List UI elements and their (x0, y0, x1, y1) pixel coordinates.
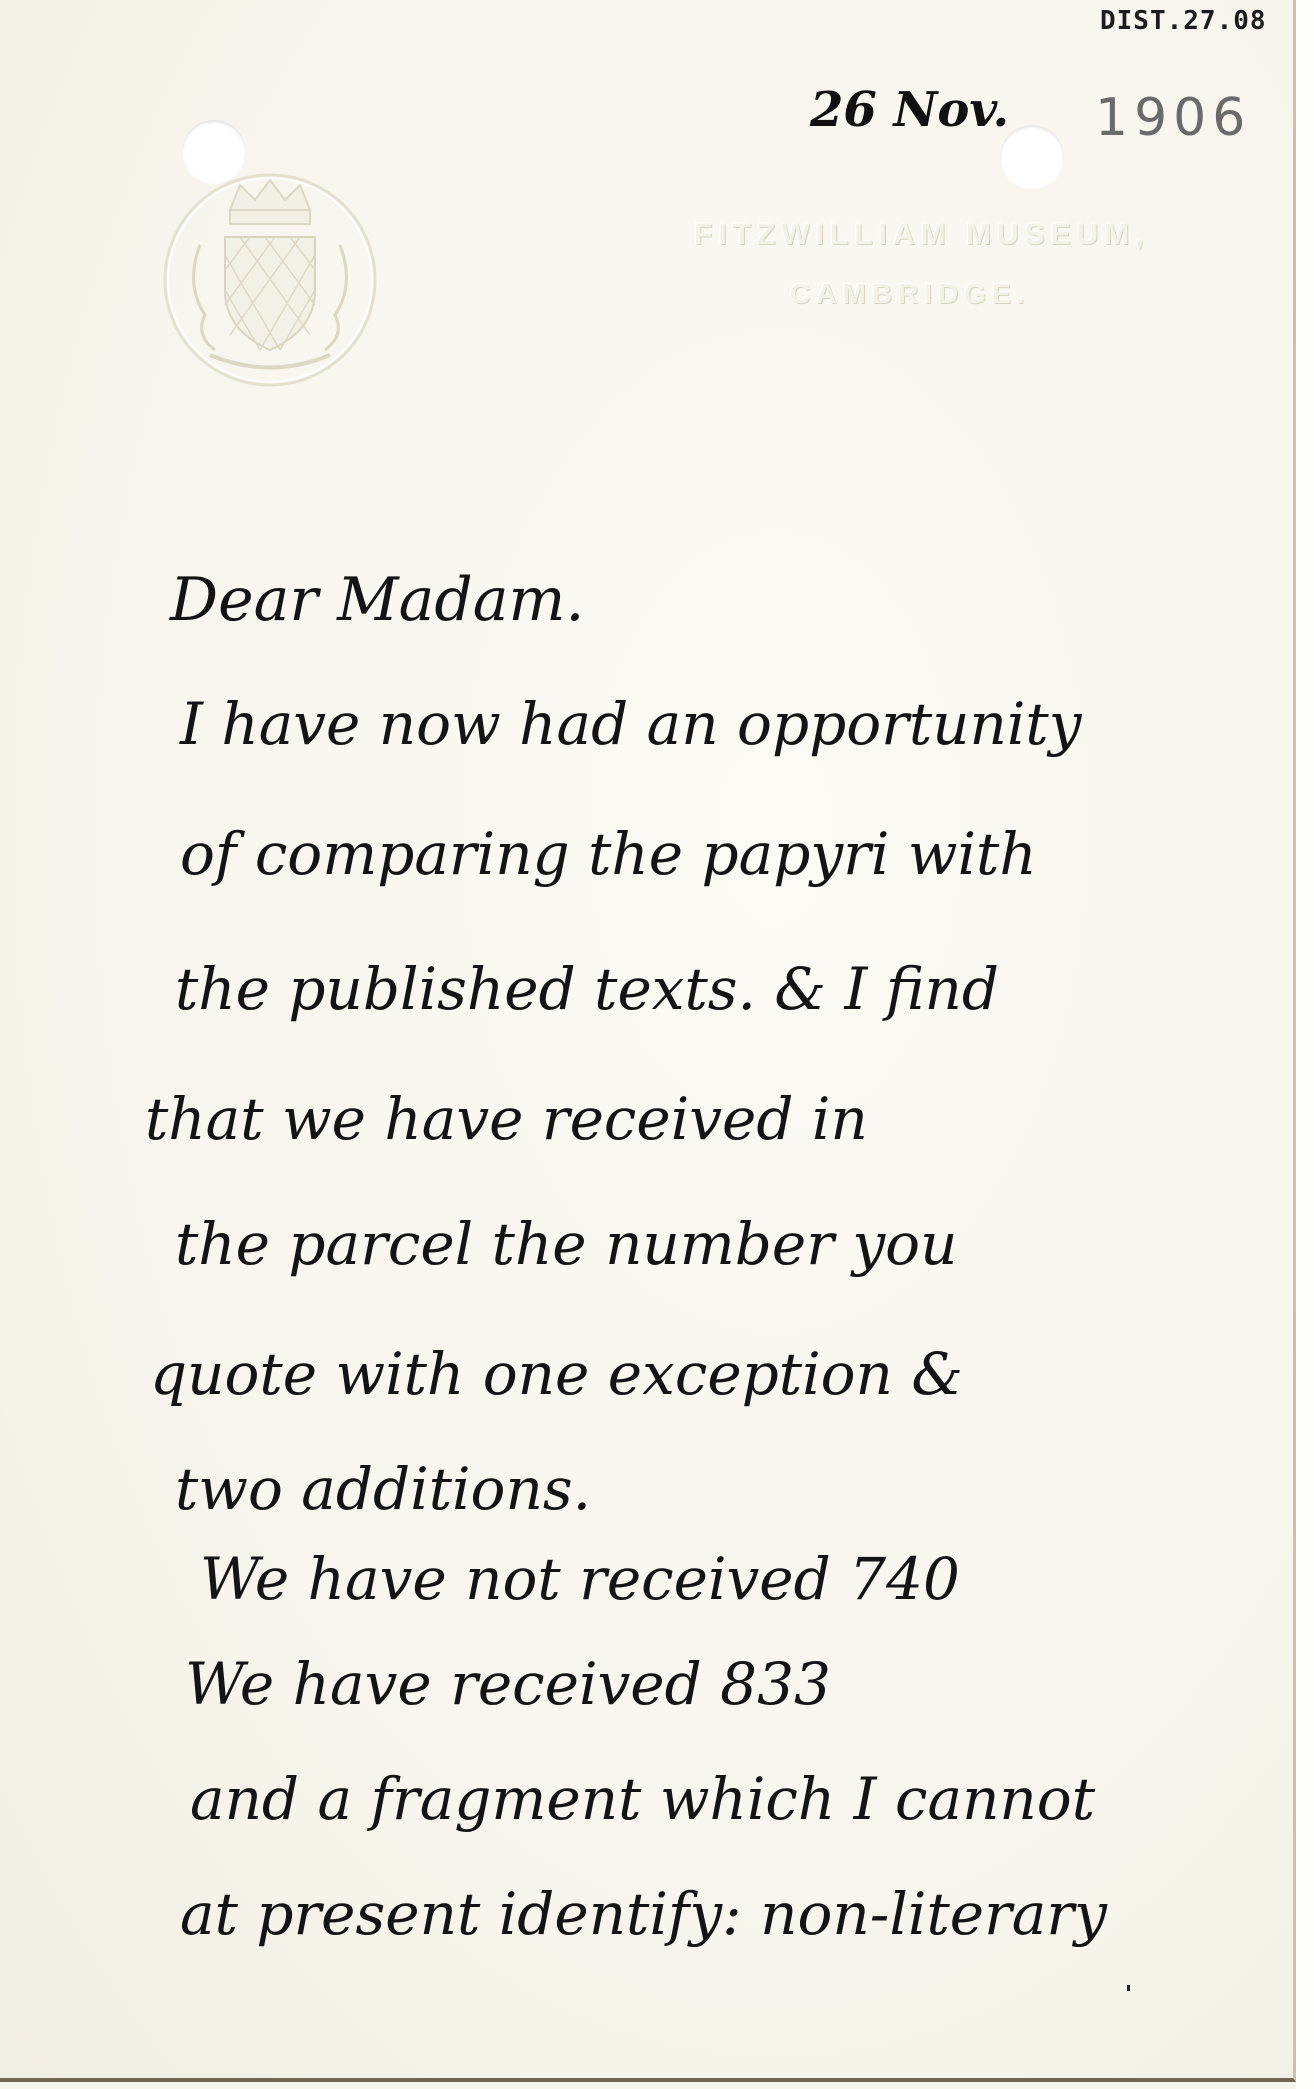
salutation: Dear Madam. (170, 565, 585, 635)
punch-hole-right (1000, 125, 1064, 189)
body-line: that we have received in (145, 1085, 868, 1153)
ink-speck (1127, 1985, 1130, 1991)
body-line: quote with one exception & (150, 1340, 963, 1408)
body-line: the parcel the number you (175, 1210, 957, 1278)
embossed-crest-icon (160, 165, 380, 390)
letterhead-city: CAMBRIDGE. (790, 278, 1030, 310)
letter-date-day-month: 26 Nov. (810, 82, 1009, 138)
body-line: and a fragment which I cannot (190, 1765, 1095, 1833)
body-line: the published texts. & I find (175, 955, 999, 1023)
body-line: two additions. (175, 1455, 591, 1523)
archive-reference: DIST.27.08 (1100, 6, 1267, 36)
body-line-not-received: We have not received 740 (200, 1545, 960, 1613)
letterhead-institution: FITZWILLIAM MUSEUM, (694, 218, 1150, 252)
body-line: of comparing the papyri with (180, 820, 1037, 888)
body-line-received: We have received 833 (185, 1650, 831, 1718)
body-line: at present identify: non-literary (180, 1880, 1107, 1948)
body-line: I have now had an opportunity (180, 690, 1082, 758)
letter-date-year: 1906 (1095, 88, 1251, 148)
scan-margin (1296, 0, 1314, 2089)
